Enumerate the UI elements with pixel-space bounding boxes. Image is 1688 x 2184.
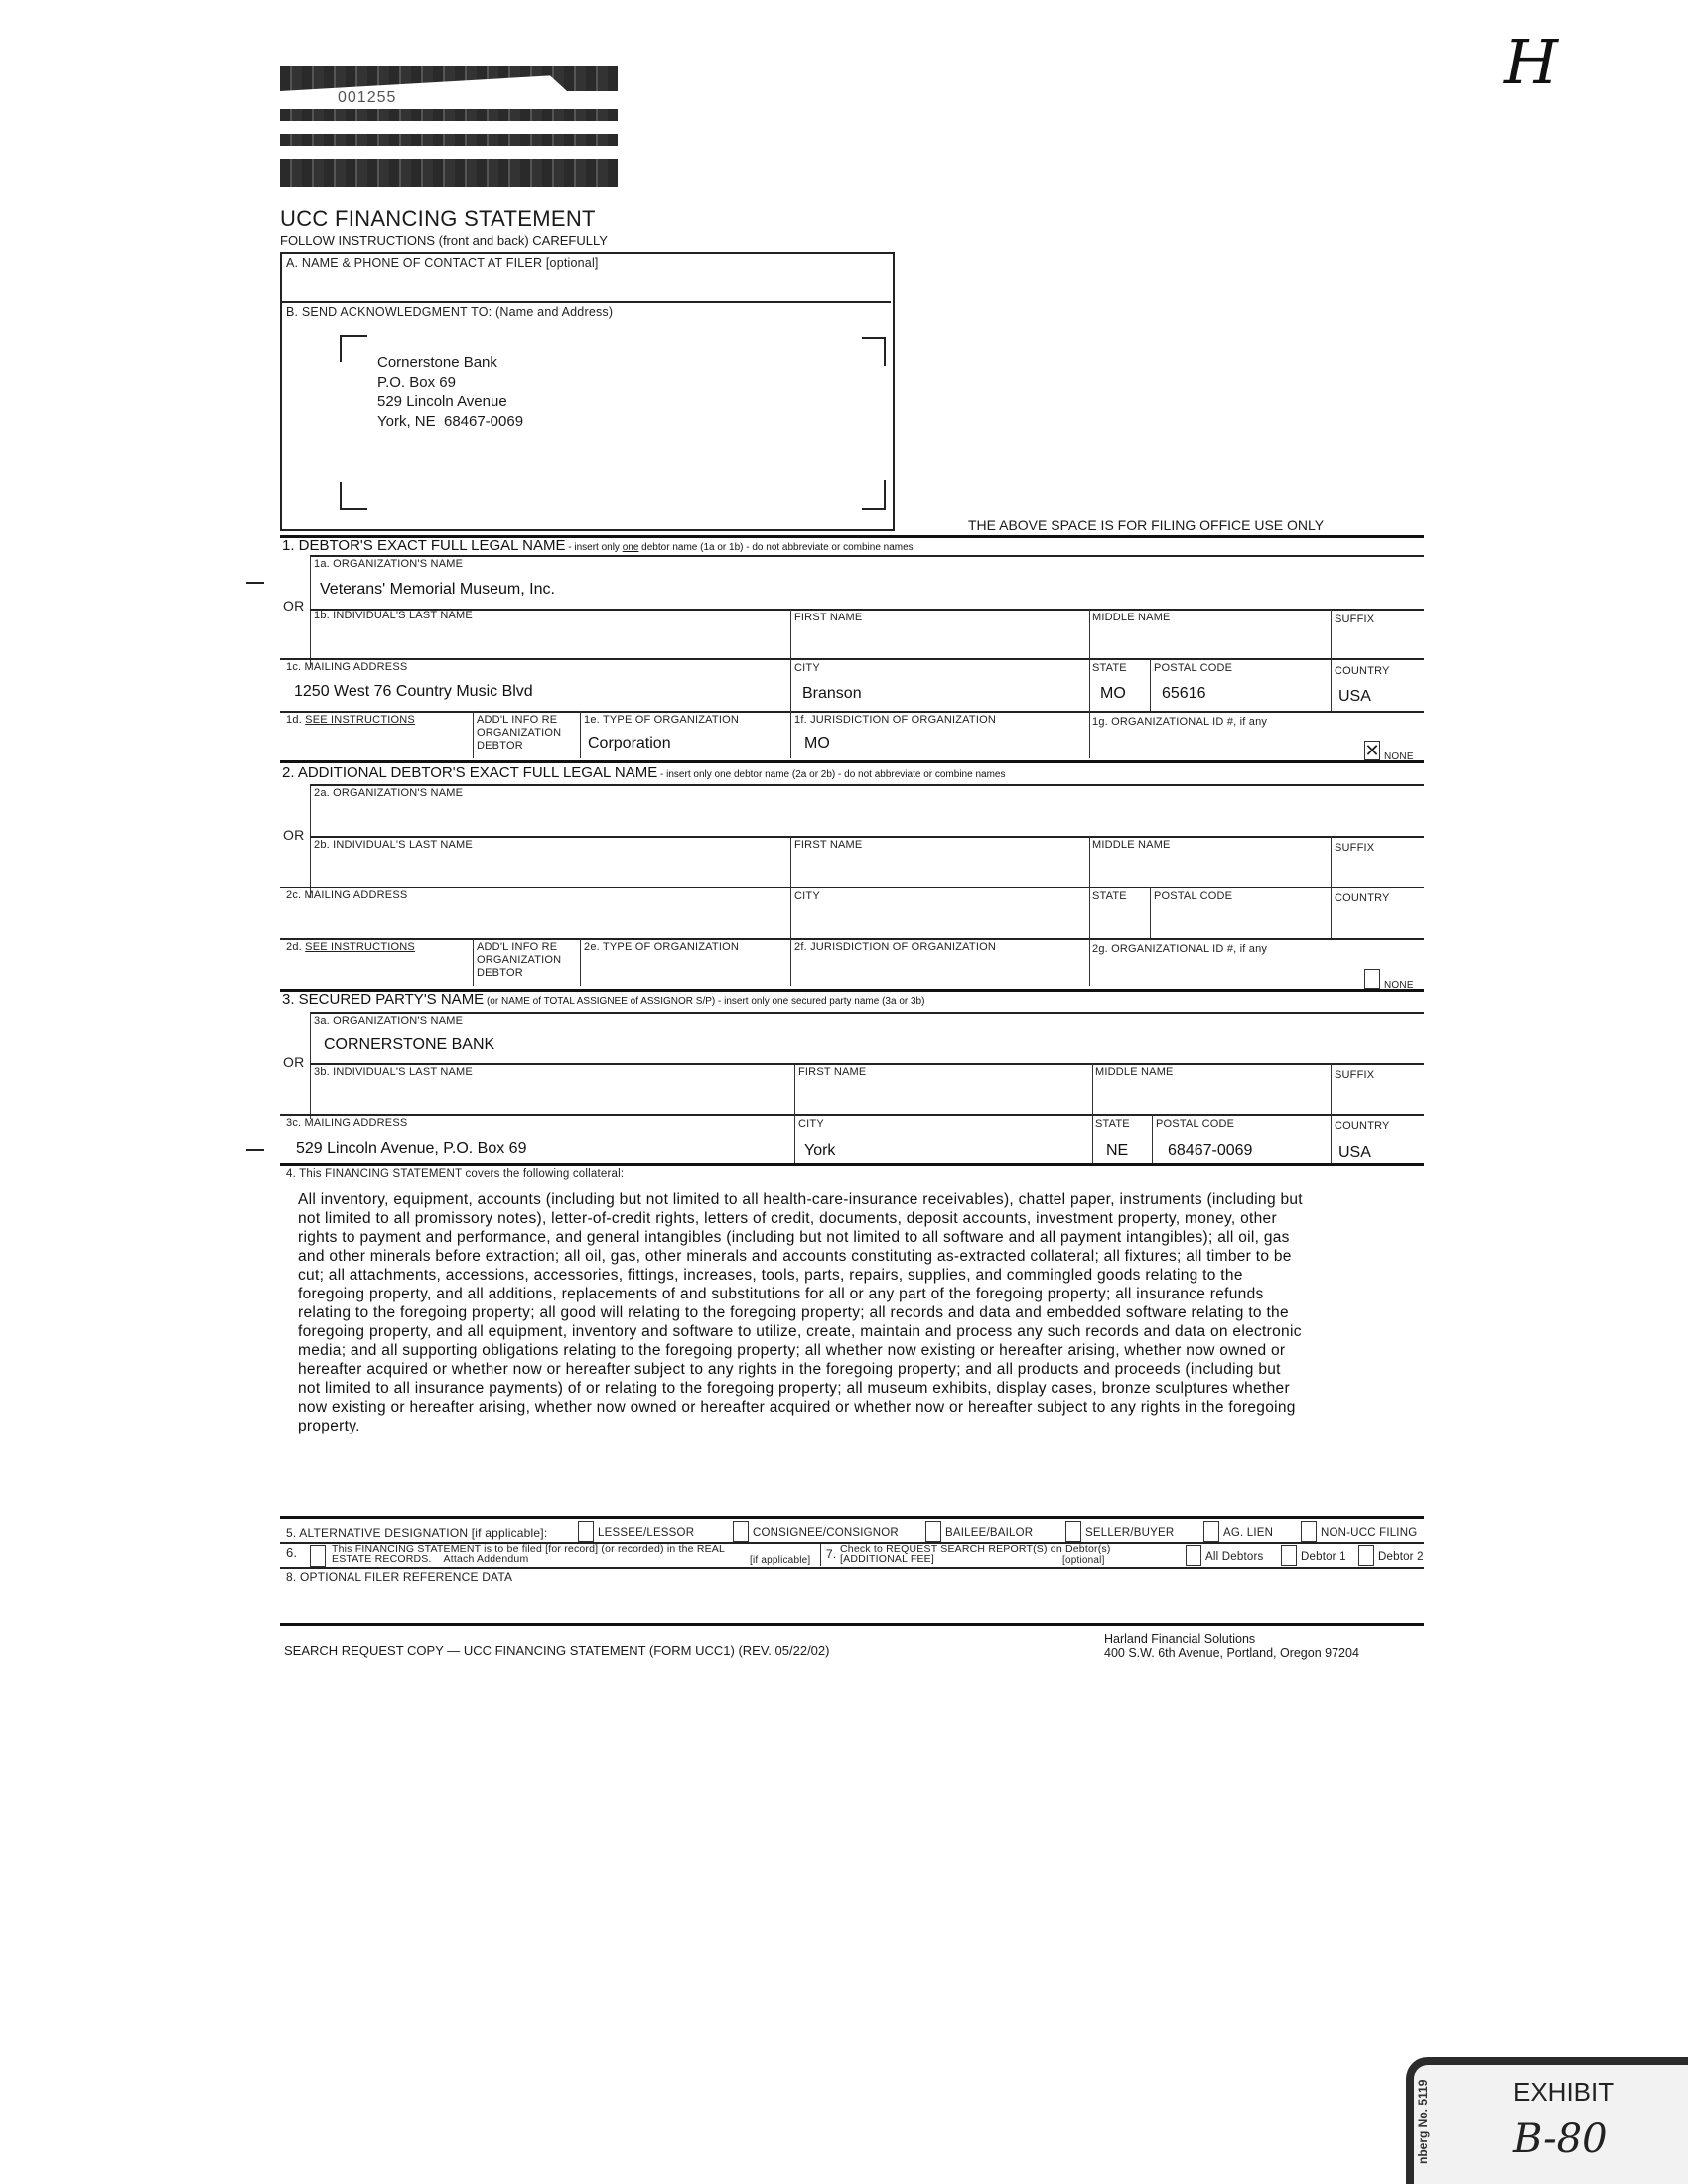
- suffix-label: SUFFIX: [1335, 614, 1374, 625]
- filing-office-note: THE ABOVE SPACE IS FOR FILING OFFICE USE…: [968, 517, 1324, 533]
- section-6-number: 6.: [286, 1545, 297, 1560]
- country-label: COUNTRY: [1335, 1120, 1390, 1132]
- secured-party-country[interactable]: USA: [1338, 1144, 1371, 1161]
- collateral-line: hereafter acquired or whether now or her…: [298, 1360, 1430, 1379]
- first-name-label: FIRST NAME: [794, 839, 862, 851]
- or-label: OR: [283, 1054, 304, 1070]
- collateral-line: now existing or hereafter arising, wheth…: [298, 1398, 1430, 1417]
- postal-label: POSTAL CODE: [1156, 1118, 1234, 1130]
- alt-designation-option: BAILEE/BAILOR: [945, 1527, 1033, 1539]
- address-corner-tr: [862, 337, 886, 366]
- exhibit-number: B-80: [1513, 2116, 1608, 2162]
- last-name-label: 1b. INDIVIDUAL'S LAST NAME: [314, 610, 473, 621]
- search-report-checkbox[interactable]: [1186, 1545, 1201, 1566]
- address-line: P.O. Box 69: [377, 373, 523, 393]
- address-line: 529 Lincoln Avenue: [377, 392, 523, 412]
- secured-party-postal[interactable]: 68467-0069: [1168, 1142, 1252, 1160]
- debtor-country[interactable]: USA: [1338, 688, 1371, 706]
- address-corner-tl: [340, 335, 367, 362]
- org-id-label: 2g. ORGANIZATIONAL ID #, if any: [1092, 943, 1267, 955]
- dash-mark: [246, 1149, 264, 1151]
- suffix-label: SUFFIX: [1335, 842, 1374, 854]
- section-3-title: 3. SECURED PARTY'S NAME (or NAME of TOTA…: [282, 991, 924, 1008]
- address-corner-bl: [340, 482, 367, 510]
- postal-label: POSTAL CODE: [1154, 662, 1232, 674]
- addl-info-label: ADD'L INFO REORGANIZATIONDEBTOR: [477, 714, 561, 752]
- collateral-label: 4. This FINANCING STATEMENT covers the f…: [286, 1168, 624, 1180]
- dash-mark: [246, 582, 264, 584]
- secured-party-org-name[interactable]: CORNERSTONE BANK: [324, 1036, 494, 1054]
- collateral-line: and other minerals before extraction; al…: [298, 1247, 1430, 1266]
- search-report-option: Debtor 2: [1378, 1551, 1424, 1563]
- country-label: COUNTRY: [1335, 892, 1390, 904]
- secured-party-mailing-address[interactable]: 529 Lincoln Avenue, P.O. Box 69: [296, 1140, 526, 1158]
- city-label: CITY: [798, 1118, 824, 1130]
- collateral-line: media; and all supporting obligations re…: [298, 1341, 1430, 1360]
- section-a-input[interactable]: [284, 273, 888, 301]
- collateral-line: foregoing property, and all equipment, i…: [298, 1322, 1430, 1341]
- debtor-city[interactable]: Branson: [802, 685, 862, 703]
- section-a-label: A. NAME & PHONE OF CONTACT AT FILER [opt…: [286, 256, 599, 270]
- jurisdiction-label: 2f. JURISDICTION OF ORGANIZATION: [794, 941, 996, 953]
- mailing-label: 2c. MAILING ADDRESS: [286, 889, 407, 901]
- handwritten-mark: H: [1504, 26, 1558, 98]
- form-title: UCC FINANCING STATEMENT: [280, 206, 596, 232]
- collateral-description: All inventory, equipment, accounts (incl…: [298, 1190, 1430, 1435]
- search-report-checkbox[interactable]: [1281, 1545, 1297, 1566]
- optional-label: [optional]: [1062, 1555, 1105, 1566]
- alt-designation-checkbox[interactable]: [925, 1521, 941, 1542]
- collateral-line: not limited to all insurance payments) o…: [298, 1379, 1430, 1398]
- last-name-label: 2b. INDIVIDUAL'S LAST NAME: [314, 839, 473, 851]
- alt-designation-option: AG. LIEN: [1223, 1527, 1273, 1539]
- filer-reference-label: 8. OPTIONAL FILER REFERENCE DATA: [286, 1570, 512, 1584]
- org-name-label: 3a. ORGANIZATION'S NAME: [314, 1015, 463, 1026]
- exhibit-sticker: nberg No. 5119 EXHIBIT B-80: [1406, 2057, 1688, 2184]
- form-subtitle: FOLLOW INSTRUCTIONS (front and back) CAR…: [280, 233, 608, 248]
- search-report-option: Debtor 1: [1301, 1551, 1346, 1563]
- city-label: CITY: [794, 662, 820, 674]
- collateral-line: All inventory, equipment, accounts (incl…: [298, 1190, 1430, 1209]
- state-label: STATE: [1095, 1118, 1130, 1130]
- debtor-org-type[interactable]: Corporation: [588, 735, 671, 752]
- collateral-line: cut; all attachments, accessions, access…: [298, 1266, 1430, 1285]
- alt-designation-option: NON-UCC FILING: [1321, 1527, 1417, 1539]
- footer-form-id: SEARCH REQUEST COPY — UCC FINANCING STAT…: [284, 1643, 829, 1658]
- section-2-title: 2. ADDITIONAL DEBTOR'S EXACT FULL LEGAL …: [282, 764, 1005, 781]
- first-name-label: FIRST NAME: [794, 612, 862, 623]
- collateral-line: relating to the foregoing property; all …: [298, 1303, 1430, 1322]
- or-label: OR: [283, 827, 304, 843]
- none-checkbox[interactable]: [1364, 969, 1380, 989]
- mailing-label: 1c. MAILING ADDRESS: [286, 661, 407, 673]
- address-line: York, NE 68467-0069: [377, 412, 523, 432]
- real-estate-checkbox[interactable]: [310, 1545, 326, 1567]
- org-type-label: 2e. TYPE OF ORGANIZATION: [584, 941, 739, 953]
- address-line: Cornerstone Bank: [377, 353, 523, 373]
- collateral-line: not limited to all promissory notes), le…: [298, 1209, 1430, 1228]
- exhibit-label: EXHIBIT: [1513, 2077, 1614, 2108]
- org-id-label: 1g. ORGANIZATIONAL ID #, if any: [1092, 716, 1267, 728]
- alt-designation-option: CONSIGNEE/CONSIGNOR: [753, 1527, 899, 1539]
- debtor-jurisdiction[interactable]: MO: [804, 735, 830, 752]
- mailing-label: 3c. MAILING ADDRESS: [286, 1117, 407, 1129]
- see-instructions-link[interactable]: 2d. SEE INSTRUCTIONS: [286, 941, 415, 953]
- collateral-line: rights to payment and performance, and g…: [298, 1228, 1430, 1247]
- exhibit-side-text: nberg No. 5119: [1416, 2080, 1430, 2164]
- alt-designation-checkbox[interactable]: [1203, 1521, 1219, 1542]
- first-name-label: FIRST NAME: [798, 1066, 866, 1078]
- collateral-line: property.: [298, 1417, 1430, 1435]
- real-estate-text: This FINANCING STATEMENT is to be filed …: [332, 1544, 725, 1564]
- section-b-label: B. SEND ACKNOWLEDGMENT TO: (Name and Add…: [286, 305, 613, 319]
- city-label: CITY: [794, 890, 820, 902]
- middle-name-label: MIDDLE NAME: [1095, 1066, 1174, 1078]
- middle-name-label: MIDDLE NAME: [1092, 612, 1171, 623]
- last-name-label: 3b. INDIVIDUAL'S LAST NAME: [314, 1066, 473, 1078]
- section-7-number: 7.: [826, 1547, 836, 1561]
- filer-reference-input[interactable]: [284, 1586, 1421, 1620]
- alt-designation-option: SELLER/BUYER: [1085, 1527, 1174, 1539]
- state-label: STATE: [1092, 662, 1127, 674]
- redacted-number: 001255: [338, 89, 396, 107]
- section-1-title: 1. DEBTOR'S EXACT FULL LEGAL NAME - inse…: [282, 537, 914, 554]
- org-type-label: 1e. TYPE OF ORGANIZATION: [584, 714, 739, 726]
- alt-designation-checkbox[interactable]: [1065, 1521, 1081, 1542]
- alt-designation-checkbox[interactable]: [1301, 1521, 1317, 1542]
- org-name-label: 2a. ORGANIZATION'S NAME: [314, 787, 463, 799]
- search-report-option: All Debtors: [1205, 1551, 1263, 1563]
- footer-publisher: Harland Financial Solutions 400 S.W. 6th…: [1104, 1632, 1359, 1660]
- alt-designation-option: LESSEE/LESSOR: [598, 1527, 694, 1539]
- alt-designation-checkbox[interactable]: [733, 1521, 749, 1542]
- addl-info-label: ADD'L INFO REORGANIZATIONDEBTOR: [477, 941, 561, 980]
- address-corner-br: [862, 480, 886, 510]
- secured-party-state[interactable]: NE: [1106, 1142, 1128, 1160]
- jurisdiction-label: 1f. JURISDICTION OF ORGANIZATION: [794, 714, 996, 726]
- see-instructions-link[interactable]: 1d. SEE INSTRUCTIONS: [286, 714, 415, 726]
- search-report-checkbox[interactable]: [1358, 1545, 1374, 1566]
- org-name-label: 1a. ORGANIZATION'S NAME: [314, 558, 463, 570]
- state-label: STATE: [1092, 890, 1127, 902]
- additional-debtor-org-input[interactable]: [314, 802, 1416, 830]
- debtor-postal[interactable]: 65616: [1162, 685, 1206, 703]
- none-checkbox-checked[interactable]: ✕: [1364, 741, 1380, 760]
- debtor-org-name[interactable]: Veterans' Memorial Museum, Inc.: [320, 581, 555, 599]
- alt-designation-checkbox[interactable]: [578, 1521, 594, 1542]
- middle-name-label: MIDDLE NAME: [1092, 839, 1171, 851]
- debtor-mailing-address[interactable]: 1250 West 76 Country Music Blvd: [294, 683, 533, 701]
- alt-designation-label: 5. ALTERNATIVE DESIGNATION [if applicabl…: [286, 1526, 547, 1540]
- debtor-state[interactable]: MO: [1100, 685, 1126, 703]
- postal-label: POSTAL CODE: [1154, 890, 1232, 902]
- secured-party-city[interactable]: York: [804, 1142, 835, 1160]
- if-applicable-label: [if applicable]: [750, 1555, 810, 1566]
- or-label: OR: [283, 598, 304, 614]
- collateral-line: foregoing property, and all additions, r…: [298, 1285, 1430, 1303]
- country-label: COUNTRY: [1335, 665, 1390, 677]
- acknowledgment-address: Cornerstone Bank P.O. Box 69 529 Lincoln…: [377, 353, 523, 431]
- suffix-label: SUFFIX: [1335, 1069, 1374, 1081]
